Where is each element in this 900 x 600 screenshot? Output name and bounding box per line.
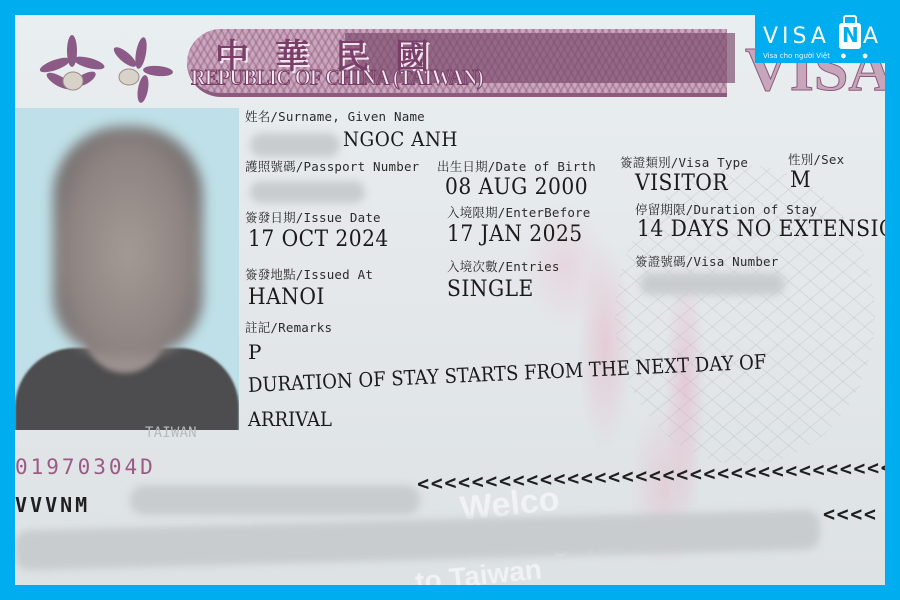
passport-number-label: 護照號碼/Passport Number — [245, 157, 419, 175]
issued-at-value: HANOI — [248, 285, 325, 310]
surname-redacted — [250, 133, 340, 157]
photo-face-blurred — [53, 126, 203, 356]
passport-number-redacted — [250, 181, 365, 203]
enter-before-value: 17 JAN 2025 — [447, 222, 583, 247]
dob-value: 08 AUG 2000 — [445, 175, 588, 200]
name-label: 姓名/Surname, Given Name — [245, 107, 425, 125]
visa-type-value: VISITOR — [635, 171, 728, 196]
entries-label: 入境次數/Entries — [447, 257, 560, 275]
page-frame: Welco e Taiwan to Taiwan — [0, 0, 900, 600]
suitcase-wheels-icon: ● ● — [841, 51, 873, 60]
orchid-icon — [37, 33, 107, 103]
visa-sticker: Welco e Taiwan to Taiwan — [15, 15, 885, 585]
mrz-line-2-fillers: <<<< — [823, 502, 878, 526]
orchid-icon — [103, 35, 173, 105]
entries-value: SINGLE — [447, 277, 534, 302]
mrz-line-2-redacted — [15, 509, 820, 570]
issued-at-label: 簽發地點/Issued At — [245, 265, 373, 283]
enter-before-label: 入境限期/EnterBefore — [447, 203, 591, 221]
visa-number-label: 簽證號碼/Visa Number — [635, 252, 779, 270]
given-name-value: NGOC ANH — [343, 127, 458, 151]
visa-type-label: 簽證類別/Visa Type — [620, 153, 748, 171]
issue-date-value: 17 OCT 2024 — [248, 227, 389, 252]
photo-serial-number: 01970304D — [15, 455, 156, 479]
logo-n-letter: N — [842, 23, 859, 47]
duration-value: 14 DAYS NO EXTENSION — [637, 217, 885, 242]
suitcase-icon: N — [839, 23, 861, 49]
visa-number-redacted — [640, 273, 785, 295]
duration-label: 停留期限/Duration of Stay — [635, 200, 817, 218]
dob-label: 出生日期/Date of Birth — [437, 157, 596, 175]
remarks-label: 註記/Remarks — [245, 318, 332, 336]
issue-date-label: 簽發日期/Issue Date — [245, 208, 381, 226]
remarks-line-3: ARRIVAL — [248, 407, 332, 431]
holder-photo — [15, 108, 239, 430]
visana-logo: VISA N A ● ● Visa cho người Việt — [755, 15, 885, 63]
logo-suffix: A — [863, 24, 882, 49]
sex-value: M — [790, 168, 811, 193]
remarks-line-1: P — [248, 340, 261, 364]
country-name-english: REPUBLIC OF CHINA (TAIWAN) — [191, 66, 483, 91]
logo-tagline: Visa cho người Việt — [763, 52, 830, 60]
mrz-line-1-fillers: <<<<<<<<<<<<<<<<<<<<<<<<<<<<<<<<<<<< — [417, 454, 885, 495]
faint-taiwan-text: TAIWAN — [145, 425, 197, 441]
mrz-line-1-redacted — [130, 485, 420, 515]
mrz-line-1-prefix: VVVNM — [15, 493, 90, 517]
sex-label: 性別/Sex — [788, 150, 844, 168]
logo-prefix: VISA — [763, 24, 830, 49]
remarks-line-2: DURATION OF STAY STARTS FROM THE NEXT DA… — [247, 349, 766, 397]
